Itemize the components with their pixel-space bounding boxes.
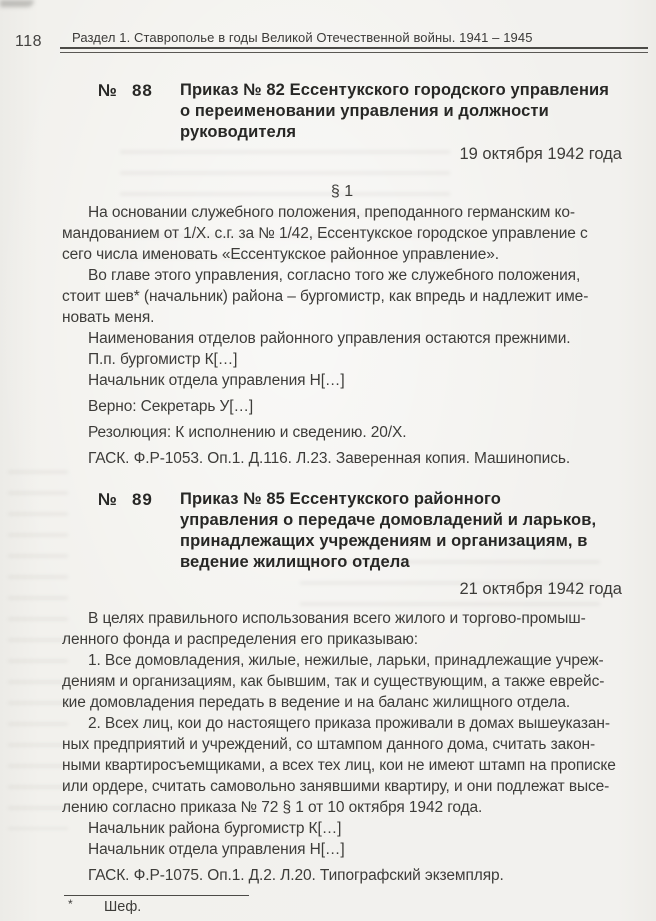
doc-88-number: № 88 [98, 80, 180, 101]
footnote-line: * Шеф. [64, 899, 622, 915]
doc-89-title: Приказ № 85 Ессентукского районного упра… [180, 489, 622, 573]
doc-88-paragraph-1: На основании служебного положения, препо… [62, 202, 622, 265]
footnote-text: Шеф. [104, 899, 141, 915]
doc-89-number: № 89 [98, 489, 180, 510]
footnote-block: * Шеф. [64, 895, 622, 915]
doc-88-section-mark: § 1 [62, 181, 622, 202]
doc-88-number-value: 88 [132, 80, 153, 101]
scan-artifact [0, 0, 34, 7]
doc-89-archive-reference: ГАСК. Ф.Р-1075. Оп.1. Д.2. Л.20. Типогра… [62, 865, 622, 886]
doc-88-archive-reference: ГАСК. Ф.Р-1053. Оп.1. Д.116. Л.23. Завер… [62, 448, 622, 469]
page-number: 118 [15, 33, 59, 51]
doc-88-certification: Верно: Секретарь У[…] [62, 396, 622, 417]
header-double-rule [60, 47, 648, 53]
doc-88-paragraph-3: Наименования отделов районного управлени… [62, 328, 622, 349]
doc-89-signature-burgomeister: Начальник района бургомистр К[…] [62, 818, 622, 839]
doc-89-signature-department-head: Начальник отдела управления Н[…] [62, 839, 622, 860]
running-header-title: Раздел 1. Ставрополье в годы Великой Оте… [59, 30, 533, 45]
scanned-book-page: 118 Раздел 1. Ставрополье в годы Великой… [0, 0, 656, 921]
doc-89-number-value: 89 [132, 489, 153, 510]
doc-89-number-sign: № [98, 489, 118, 510]
doc-89-heading-row: № 89 Приказ № 85 Ессентукского районного… [62, 489, 622, 573]
doc-89-paragraph-2: 1. Все домовладения, жилые, нежилые, лар… [62, 650, 622, 713]
running-header-row: 118 Раздел 1. Ставрополье в годы Великой… [15, 27, 648, 45]
doc-89-date: 21 октября 1942 года [62, 579, 622, 600]
document-88: № 88 Приказ № 82 Ессентукского городског… [62, 80, 622, 469]
doc-88-title: Приказ № 82 Ессентукского городского упр… [180, 80, 622, 143]
doc-89-paragraph-1: В целях правильного использования всего … [62, 608, 622, 650]
footnote-rule [64, 895, 249, 896]
doc-89-paragraph-3: 2. Всех лиц, кои до настоящего приказа п… [62, 713, 622, 818]
footnote-marker: * [64, 897, 104, 913]
document-89: № 89 Приказ № 85 Ессентукского районного… [62, 489, 622, 886]
doc-88-paragraph-2: Во главе этого управления, согласно того… [62, 265, 622, 328]
doc-88-number-sign: № [98, 80, 118, 101]
page-content: № 88 Приказ № 82 Ессентукского городског… [62, 80, 622, 915]
doc-88-resolution: Резолюция: К исполнению и сведению. 20/Х… [62, 422, 622, 443]
bleedthrough-artifact [8, 470, 68, 830]
doc-88-signature-department-head: Начальник отдела управления Н[…] [62, 370, 622, 391]
doc-88-date: 19 октября 1942 года [62, 144, 622, 165]
doc-88-signature-burgomeister: П.п. бургомистр К[…] [62, 349, 622, 370]
doc-88-heading-row: № 88 Приказ № 82 Ессентукского городског… [62, 80, 622, 143]
